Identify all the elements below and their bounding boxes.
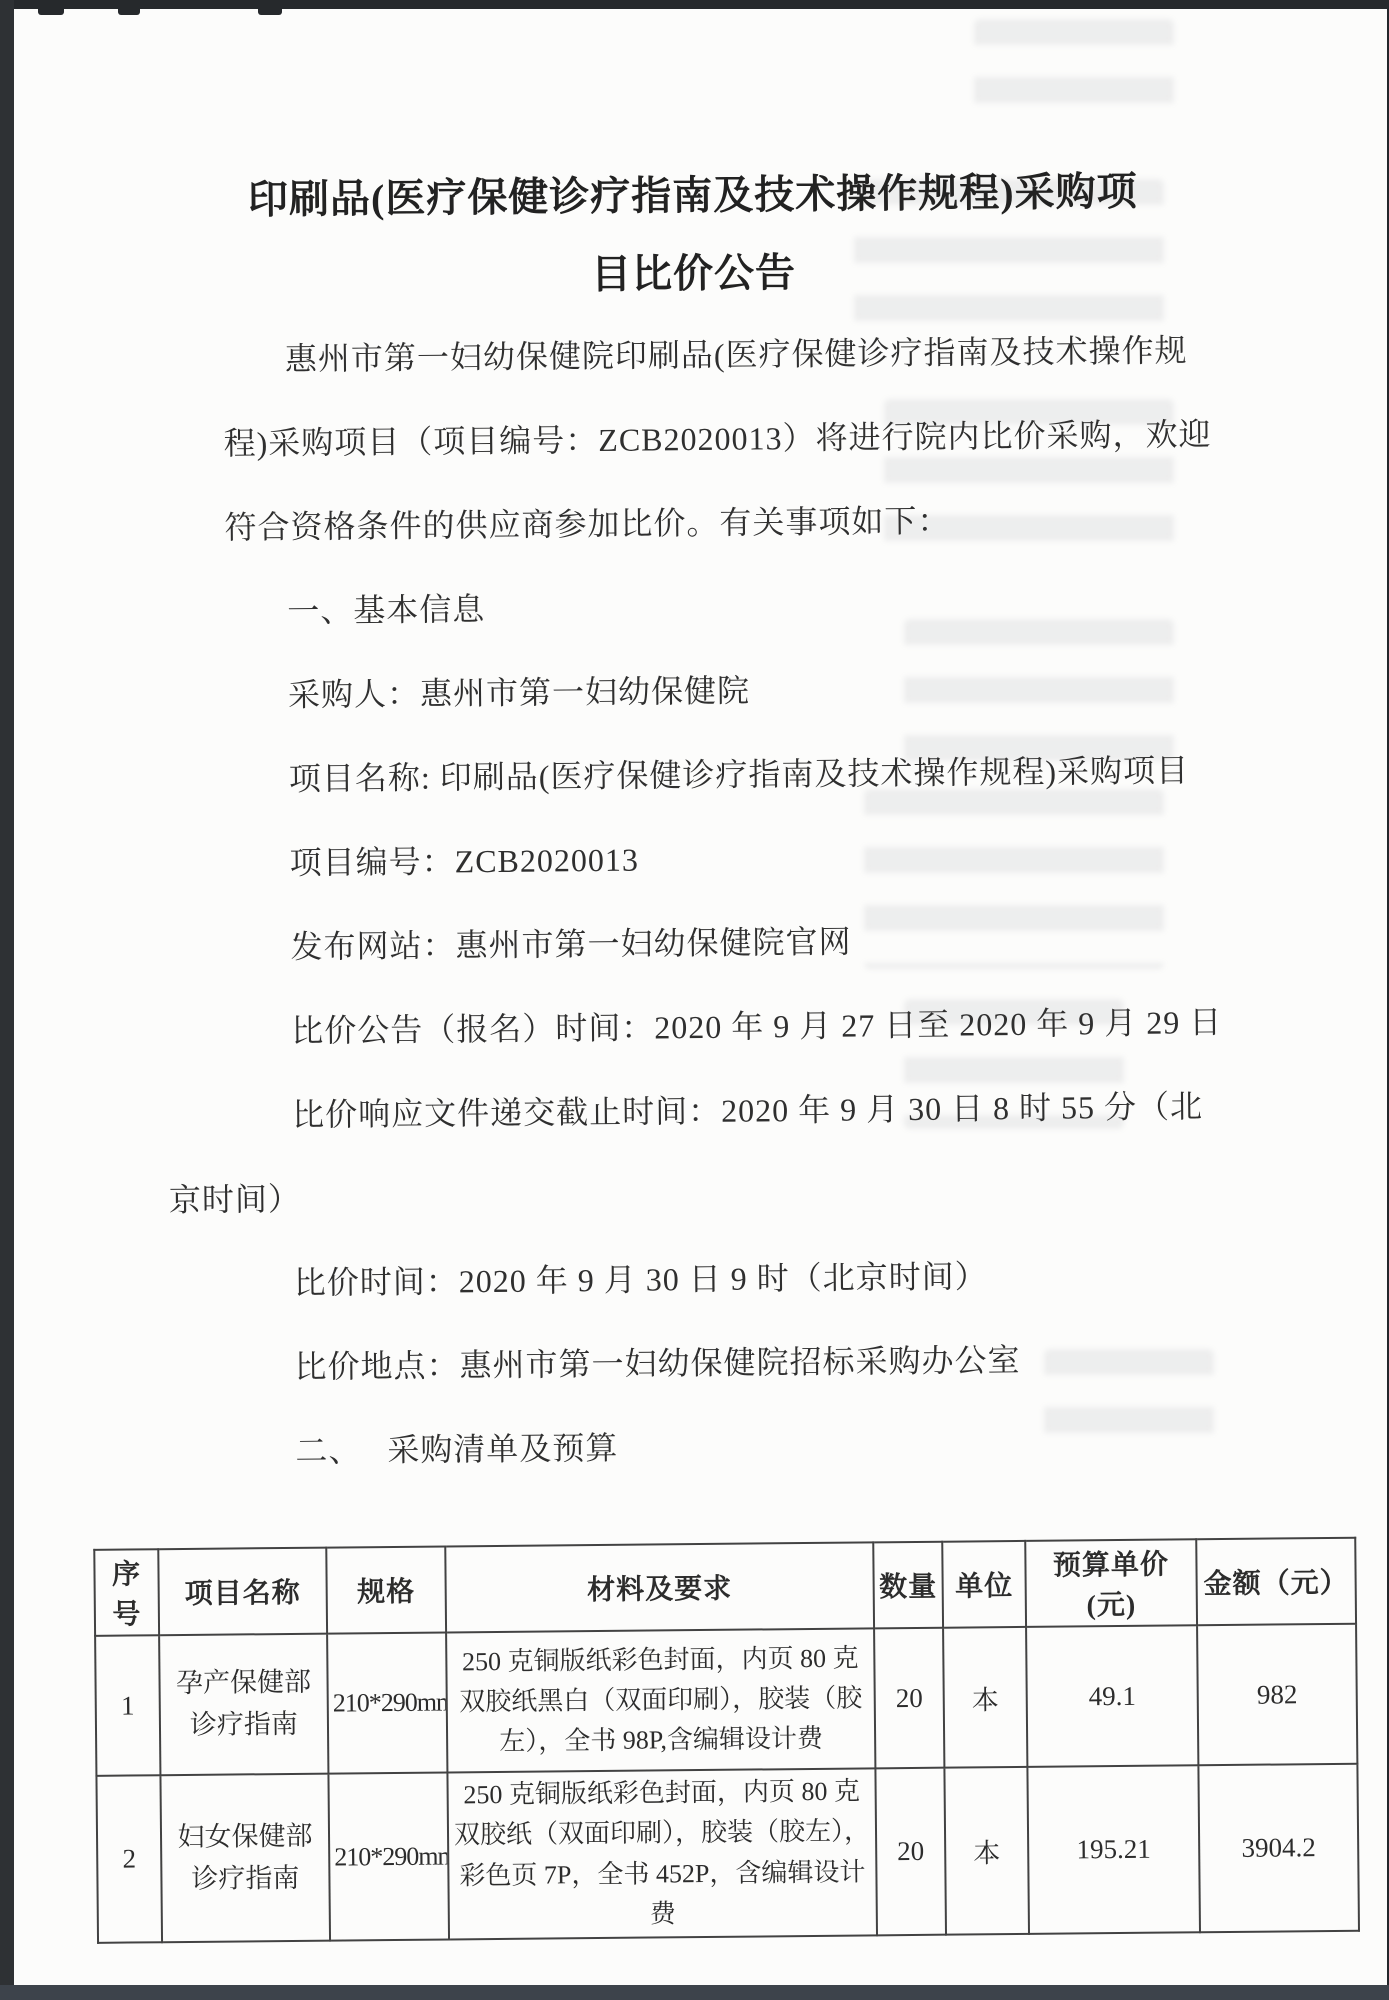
compare-place-line: 比价地点：惠州市第一妇幼保健院招标采购办公室 — [232, 1316, 1261, 1410]
scan-edge-top — [0, 0, 1389, 9]
publish-site-line: 发布网站：惠州市第一妇幼保健院官网 — [228, 896, 1257, 990]
header-seq: 序号 — [94, 1549, 159, 1636]
cell-unit: 本 — [943, 1627, 1027, 1768]
scan-edge-bottom — [0, 1985, 1389, 2000]
document-page: 印刷品(医疗保健诊疗指南及技术操作规程)采购项 目比价公告 惠州市第一妇幼保健院… — [14, 9, 1387, 1985]
compare-time-line: 比价时间：2020 年 9 月 30 日 9 时（北京时间） — [231, 1232, 1260, 1326]
table-row: 1 孕产保健部诊疗指南 210*290mm 250 克铜版纸彩色封面，内页 80… — [95, 1624, 1357, 1776]
cell-unit: 本 — [944, 1767, 1029, 1935]
scanner-background: 印刷品(医疗保健诊疗指南及技术操作规程)采购项 目比价公告 惠州市第一妇幼保健院… — [0, 0, 1389, 2000]
header-name: 项目名称 — [158, 1548, 327, 1636]
section2-heading: 二、 采购清单及预算 — [233, 1400, 1262, 1494]
cell-qty: 20 — [874, 1628, 944, 1769]
cell-seq: 2 — [96, 1775, 162, 1943]
deadline-line-2: 京时间） — [169, 1148, 1260, 1242]
header-spec: 规格 — [326, 1546, 446, 1633]
project-name-line: 项目名称: 印刷品(医疗保健诊疗指南及技术操作规程)采购项目 — [226, 728, 1255, 822]
purchase-table-wrapper: 序号 项目名称 规格 材料及要求 数量 单位 预算单价(元) 金额（元） 1 孕… — [93, 1536, 1387, 1944]
title-line-2: 目比价公告 — [14, 228, 1380, 319]
document-content: 印刷品(医疗保健诊疗指南及技术操作规程)采购项 目比价公告 惠州市第一妇幼保健院… — [14, 9, 1387, 1985]
table-row: 2 妇女保健部诊疗指南 210*290mm 250 克铜版纸彩色封面，内页 80… — [96, 1764, 1359, 1943]
cell-material: 250 克铜版纸彩色封面，内页 80 克双胶纸（双面印刷），胶装（胶左），彩色页… — [447, 1768, 877, 1939]
announce-time-line: 比价公告（报名）时间：2020 年 9 月 27 日至 2020 年 9 月 2… — [229, 980, 1258, 1074]
intro-paragraph-line-3: 符合资格条件的供应商参加比价。有关事项如下： — [224, 476, 1253, 570]
cell-qty: 20 — [875, 1768, 946, 1936]
table-header-row: 序号 项目名称 规格 材料及要求 数量 单位 预算单价(元) 金额（元） — [94, 1538, 1356, 1636]
buyer-line: 采购人：惠州市第一妇幼保健院 — [226, 644, 1255, 738]
title-line-1: 印刷品(医疗保健诊疗指南及技术操作规程)采购项 — [14, 150, 1380, 241]
cell-amount: 982 — [1197, 1624, 1357, 1766]
cell-amount: 3904.2 — [1198, 1764, 1359, 1933]
header-amount: 金额（元） — [1196, 1538, 1356, 1626]
scan-edge-left — [0, 0, 14, 1985]
header-material: 材料及要求 — [445, 1542, 874, 1632]
cell-unit-price: 195.21 — [1027, 1765, 1200, 1934]
scan-edge-notch — [118, 9, 140, 15]
intro-paragraph-line-2: 程)采购项目（项目编号：ZCB2020013）将进行院内比价采购，欢迎 — [223, 392, 1252, 486]
document-body: 惠州市第一妇幼保健院印刷品(医疗保健诊疗指南及技术操作规 程)采购项目（项目编号… — [14, 306, 1387, 1495]
document-title: 印刷品(医疗保健诊疗指南及技术操作规程)采购项 目比价公告 — [14, 150, 1380, 319]
scan-edge-notch — [258, 9, 282, 15]
cell-name: 妇女保健部诊疗指南 — [160, 1774, 330, 1943]
cell-name: 孕产保健部诊疗指南 — [159, 1634, 328, 1776]
deadline-line-1: 比价响应文件递交截止时间：2020 年 9 月 30 日 8 时 55 分（北 — [230, 1064, 1259, 1158]
header-qty: 数量 — [873, 1542, 943, 1629]
cell-unit-price: 49.1 — [1026, 1625, 1198, 1767]
cell-material: 250 克铜版纸彩色封面，内页 80 克双胶纸黑白（双面印刷），胶装（胶左），全… — [446, 1628, 875, 1772]
project-number-line: 项目编号：ZCB2020013 — [227, 812, 1256, 906]
section1-heading: 一、基本信息 — [225, 560, 1254, 654]
cell-seq: 1 — [95, 1635, 160, 1776]
header-unit: 单位 — [942, 1541, 1026, 1628]
header-unit-price: 预算单价(元) — [1025, 1539, 1197, 1627]
cell-spec: 210*290mm — [327, 1632, 447, 1773]
cell-spec: 210*290mm — [328, 1772, 449, 1940]
purchase-table: 序号 项目名称 规格 材料及要求 数量 单位 预算单价(元) 金额（元） 1 孕… — [93, 1537, 1360, 1944]
scan-edge-notch — [38, 9, 64, 15]
intro-paragraph-line-1: 惠州市第一妇幼保健院印刷品(医疗保健诊疗指南及技术操作规 — [222, 308, 1251, 402]
